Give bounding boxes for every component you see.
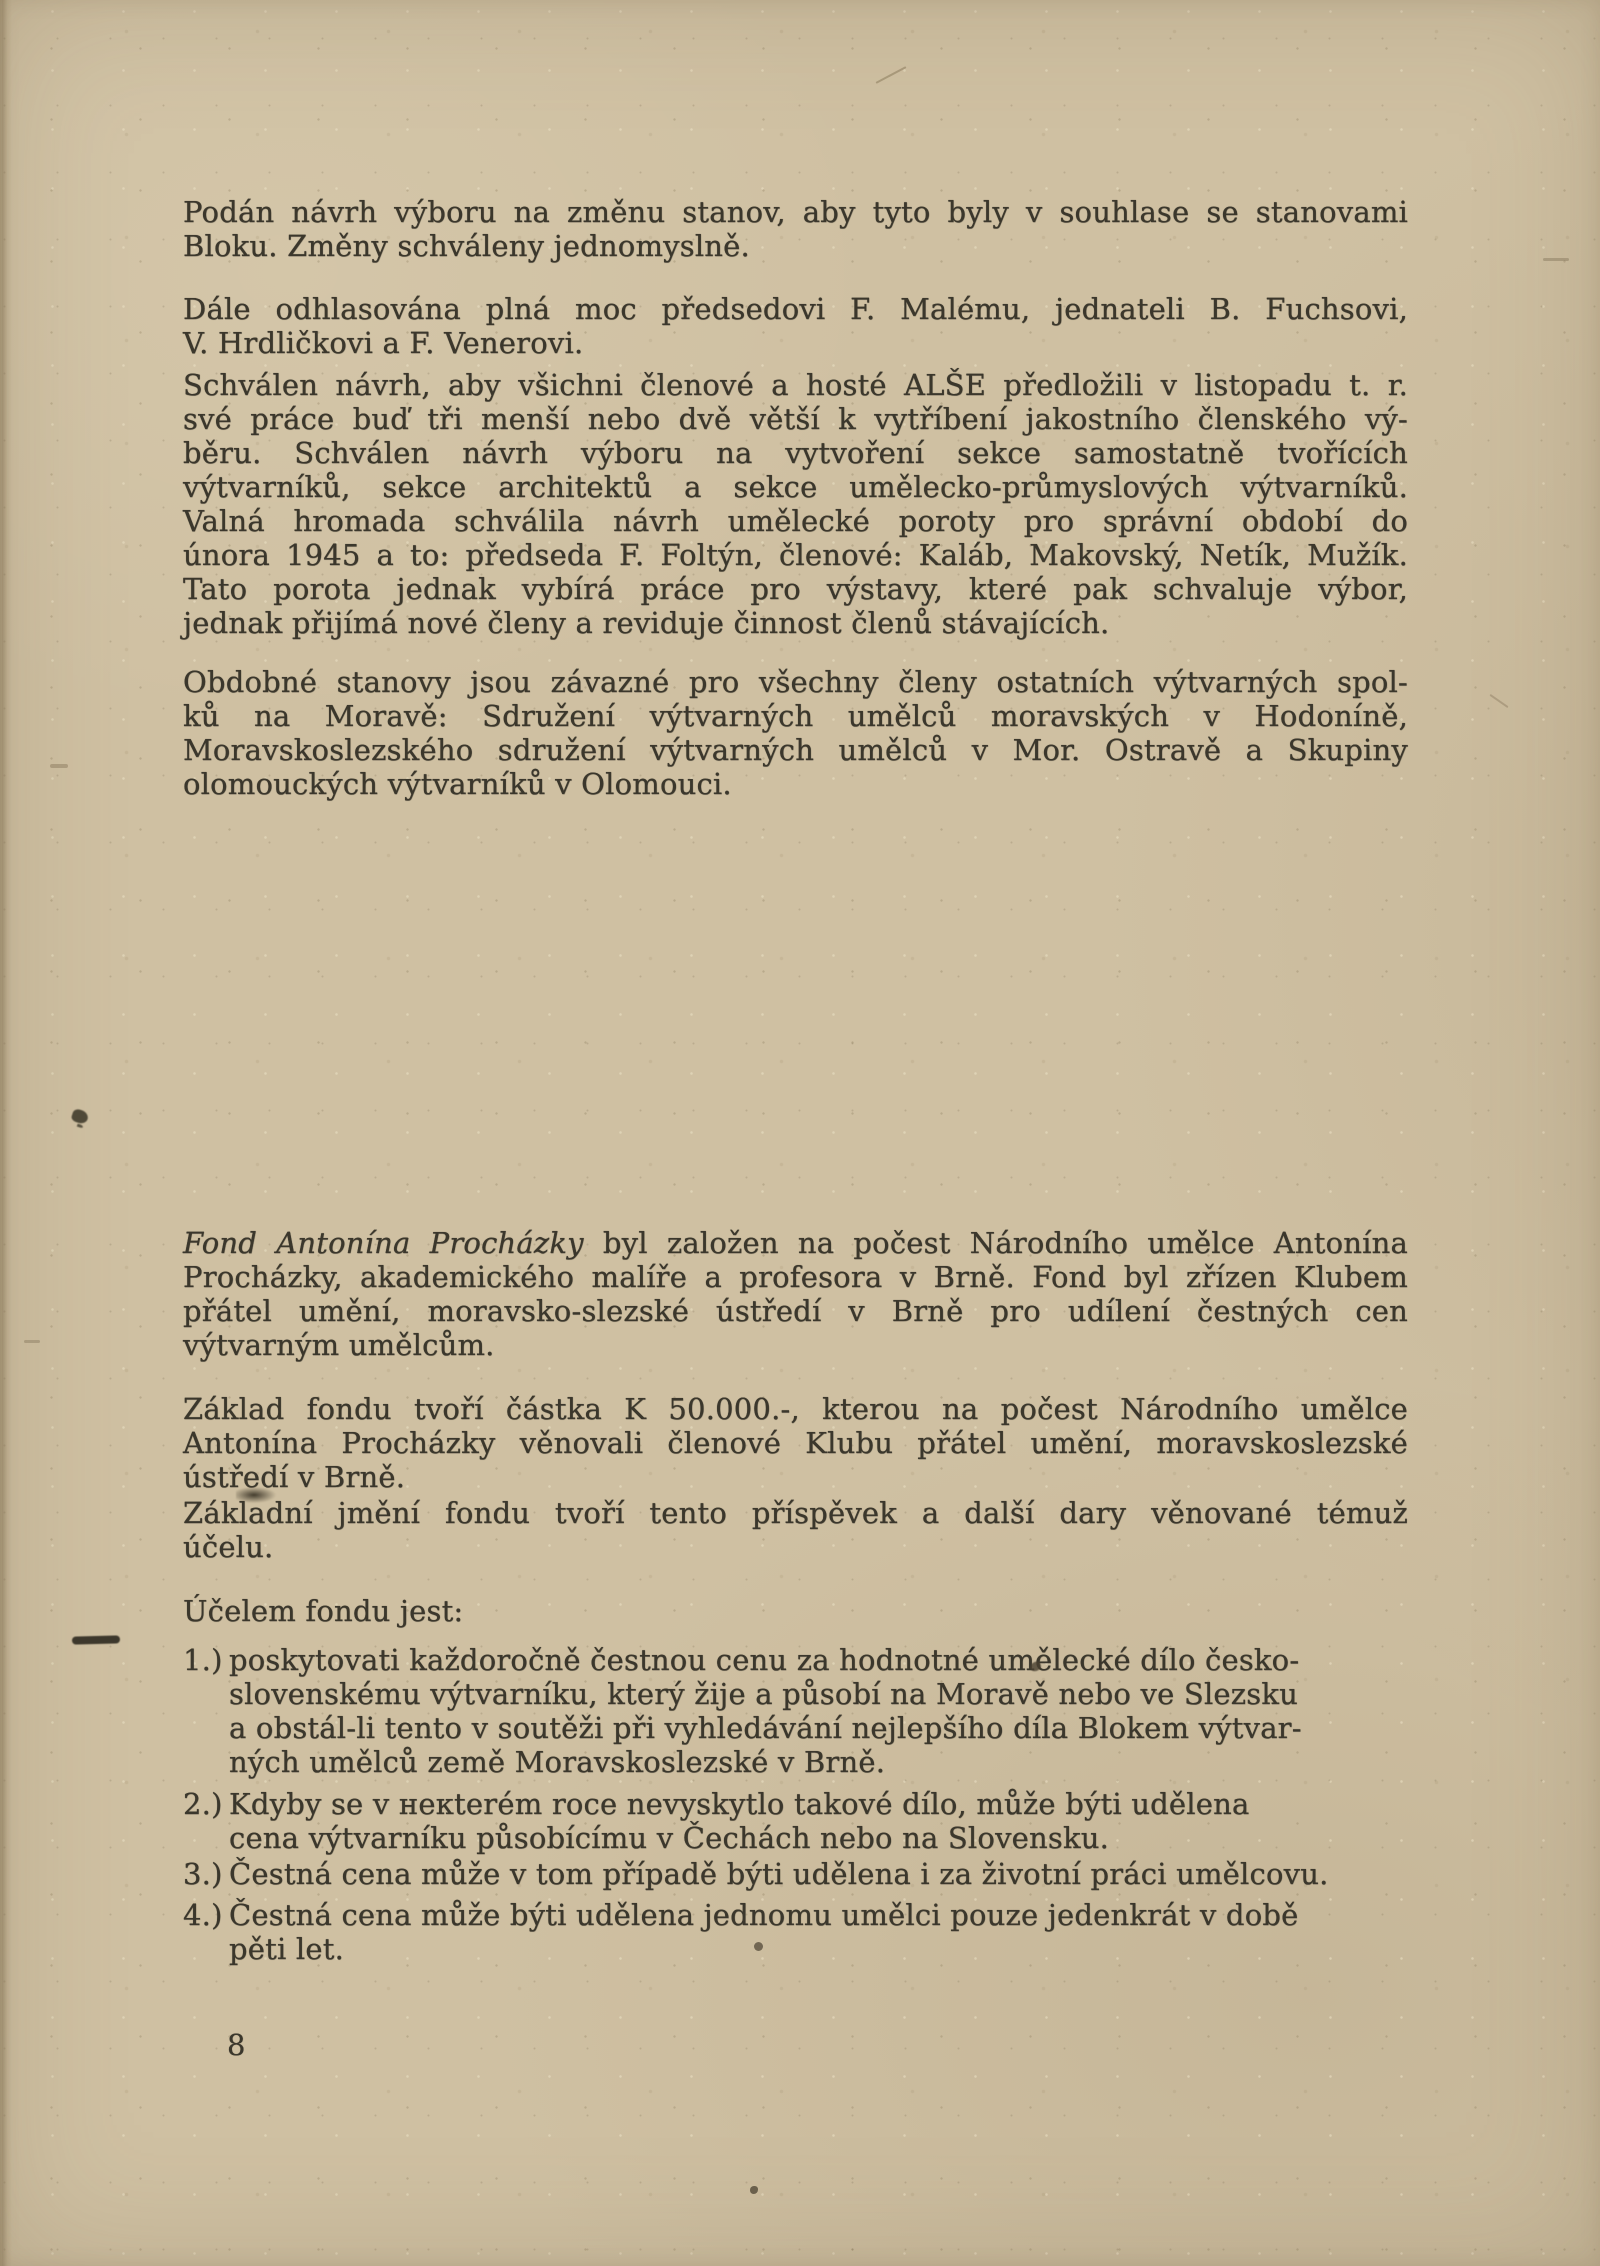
ink-blot (70, 1108, 89, 1125)
text-line: jednak přijímá nové členy a reviduje čin… (183, 606, 1408, 640)
paragraph: Účelem fondu jest: (183, 1594, 1408, 1628)
text-line: Podán návrh výboru na změnu stanov, aby … (183, 195, 1408, 229)
list-item: 1.)poskytovati každoročně čestnou cenu z… (183, 1643, 1408, 1779)
text-line: ústředí v Brně. (183, 1460, 1408, 1494)
text-line: Kdyby se v некterém roce nevyskytlo tako… (229, 1787, 1408, 1821)
text-column: Podán návrh výboru na změnu stanov, aby … (183, 0, 1408, 2266)
pencil-dash-mark (72, 1635, 120, 1644)
text-line: výtvarníků, sekce architektů a sekce umě… (183, 470, 1408, 504)
text-line: V. Hrdličkovi a F. Venerovi. (183, 326, 1408, 360)
list-marker: 1.) (183, 1643, 223, 1677)
text-line: Antonína Procházky věnovali členové Klub… (183, 1426, 1408, 1460)
text-line: své práce buď tři menší nebo dvě větší k… (183, 402, 1408, 436)
text-line: Základ fondu tvoří částka K 50.000.-, kt… (183, 1392, 1408, 1426)
text-line: Obdobné stanovy jsou závazné pro všechny… (183, 665, 1408, 699)
text-line: Moravskoslezského sdružení výtvarných um… (183, 733, 1408, 767)
text-line: Dále odhlasována plná moc předsedovi F. … (183, 292, 1408, 326)
paper-scratch (50, 764, 68, 768)
text-line: výtvarným umělcům. (183, 1328, 1408, 1362)
text-line: pěti let. (229, 1932, 1408, 1966)
text-line: účelu. (183, 1530, 1408, 1564)
paragraph: Fond Antonína Procházky byl založen na p… (183, 1226, 1408, 1362)
list-item: 4.)Čestná cena může býti udělena jednomu… (183, 1898, 1408, 1966)
text-line: cena výtvarníku působícímu v Čechách neb… (229, 1821, 1408, 1855)
text-line: slovenskému výtvarníku, který žije a půs… (229, 1677, 1408, 1711)
text-line: olomouckých výtvarníků v Olomouci. (183, 767, 1408, 801)
text-line: Tato porota jednak vybírá práce pro výst… (183, 572, 1408, 606)
page-number: 8 (227, 2028, 245, 2062)
text-line: Čestná cena může býti udělena jednomu um… (229, 1898, 1408, 1932)
text-line: Procházky, akademického malíře a profeso… (183, 1260, 1408, 1294)
scanned-document-page: Podán návrh výboru na změnu stanov, aby … (0, 0, 1600, 2266)
text-line: a obstál-li tento v soutěži při vyhledáv… (229, 1711, 1408, 1745)
paragraph: Obdobné stanovy jsou závazné pro všechny… (183, 665, 1408, 801)
text-line: Fond Antonína Procházky byl založen na p… (183, 1226, 1408, 1260)
list-item: 3.)Čestná cena může v tom případě býti u… (183, 1857, 1408, 1891)
list-marker: 2.) (183, 1787, 223, 1821)
paragraph: Základ fondu tvoří částka K 50.000.-, kt… (183, 1392, 1408, 1494)
text-line: Valná hromada schválila návrh umělecké p… (183, 504, 1408, 538)
paragraph: Podán návrh výboru na změnu stanov, aby … (183, 195, 1408, 263)
text-line: běru. Schválen návrh výboru na vytvoření… (183, 436, 1408, 470)
list-marker: 3.) (183, 1857, 223, 1891)
text-line: Účelem fondu jest: (183, 1594, 1408, 1628)
text-line: Bloku. Změny schváleny jednomyslně. (183, 229, 1408, 263)
text-line: února 1945 a to: předseda F. Foltýn, čle… (183, 538, 1408, 572)
text-line: Čestná cena může v tom případě býti uděl… (229, 1857, 1408, 1891)
text-line: ných umělců země Moravskoslezské v Brně. (229, 1745, 1408, 1779)
paper-scratch (24, 1340, 40, 1343)
paper-speck (754, 1942, 763, 1951)
text-line: Základní jmění fondu tvoří tento příspěv… (183, 1496, 1408, 1530)
page-binding-edge (0, 0, 12, 2266)
paper-scratch (1543, 258, 1569, 261)
text-line: poskytovati každoročně čestnou cenu za h… (229, 1643, 1408, 1677)
paper-scratch (1489, 694, 1508, 708)
paragraph: Dále odhlasována plná moc předsedovi F. … (183, 292, 1408, 360)
text-line: ků na Moravě: Sdružení výtvarných umělců… (183, 699, 1408, 733)
list-item: 2.)Kdyby se v некterém roce nevyskytlo t… (183, 1787, 1408, 1855)
paragraph: Základní jmění fondu tvoří tento příspěv… (183, 1496, 1408, 1564)
list-marker: 4.) (183, 1898, 223, 1932)
ink-smudge (236, 1487, 276, 1503)
paragraph: Schválen návrh, aby všichni členové a ho… (183, 368, 1408, 640)
text-line: přátel umění, moravsko-slezské ústředí v… (183, 1294, 1408, 1328)
italic-lead: Fond Antonína Procházky (183, 1226, 584, 1260)
text-line: Schválen návrh, aby všichni členové a ho… (183, 368, 1408, 402)
